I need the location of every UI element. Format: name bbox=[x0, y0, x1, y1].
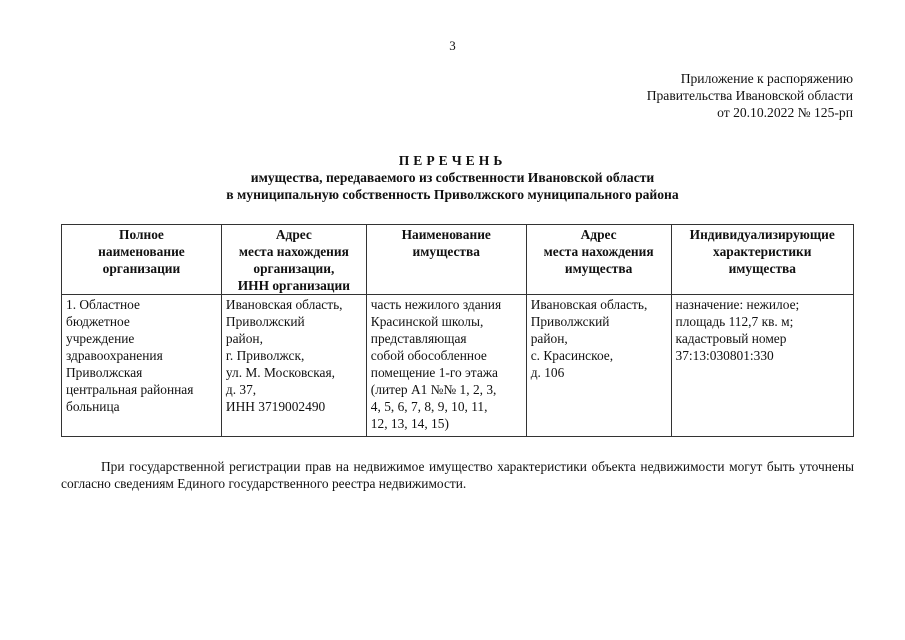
appendix-reference: Приложение к распоряжению Правительства … bbox=[647, 70, 853, 121]
cell-organization-address: Ивановская область, Приволжский район, г… bbox=[221, 295, 366, 437]
title-line-1: имущества, передаваемого из собственност… bbox=[0, 169, 905, 186]
cell-property-name: часть нежилого здания Красинской школы, … bbox=[366, 295, 526, 437]
property-table: Полное наименование организации Адрес ме… bbox=[61, 224, 854, 437]
document-title: ПЕРЕЧЕНЬ имущества, передаваемого из соб… bbox=[0, 152, 905, 203]
cell-property-address: Ивановская область, Приволжский район, с… bbox=[526, 295, 671, 437]
appendix-line-3: от 20.10.2022 № 125-рп bbox=[647, 104, 853, 121]
header-property-characteristics: Индивидуализирующие характеристики имуще… bbox=[671, 225, 853, 295]
appendix-line-2: Правительства Ивановской области bbox=[647, 87, 853, 104]
title-heading: ПЕРЕЧЕНЬ bbox=[0, 152, 905, 169]
page-number: 3 bbox=[0, 38, 905, 54]
table-header-row: Полное наименование организации Адрес ме… bbox=[62, 225, 854, 295]
registration-note: При государственной регистрации прав на … bbox=[61, 458, 854, 492]
cell-property-characteristics: назначение: нежилое; площадь 112,7 кв. м… bbox=[671, 295, 853, 437]
title-line-2: в муниципальную собственность Приволжско… bbox=[0, 186, 905, 203]
header-property-name: Наименование имущества bbox=[366, 225, 526, 295]
header-organization-address: Адрес места нахождения организации, ИНН … bbox=[221, 225, 366, 295]
header-property-address: Адрес места нахождения имущества bbox=[526, 225, 671, 295]
table-row: 1. Областное бюджетное учреждение здраво… bbox=[62, 295, 854, 437]
cell-organization-name: 1. Областное бюджетное учреждение здраво… bbox=[62, 295, 222, 437]
header-organization-name: Полное наименование организации bbox=[62, 225, 222, 295]
appendix-line-1: Приложение к распоряжению bbox=[647, 70, 853, 87]
